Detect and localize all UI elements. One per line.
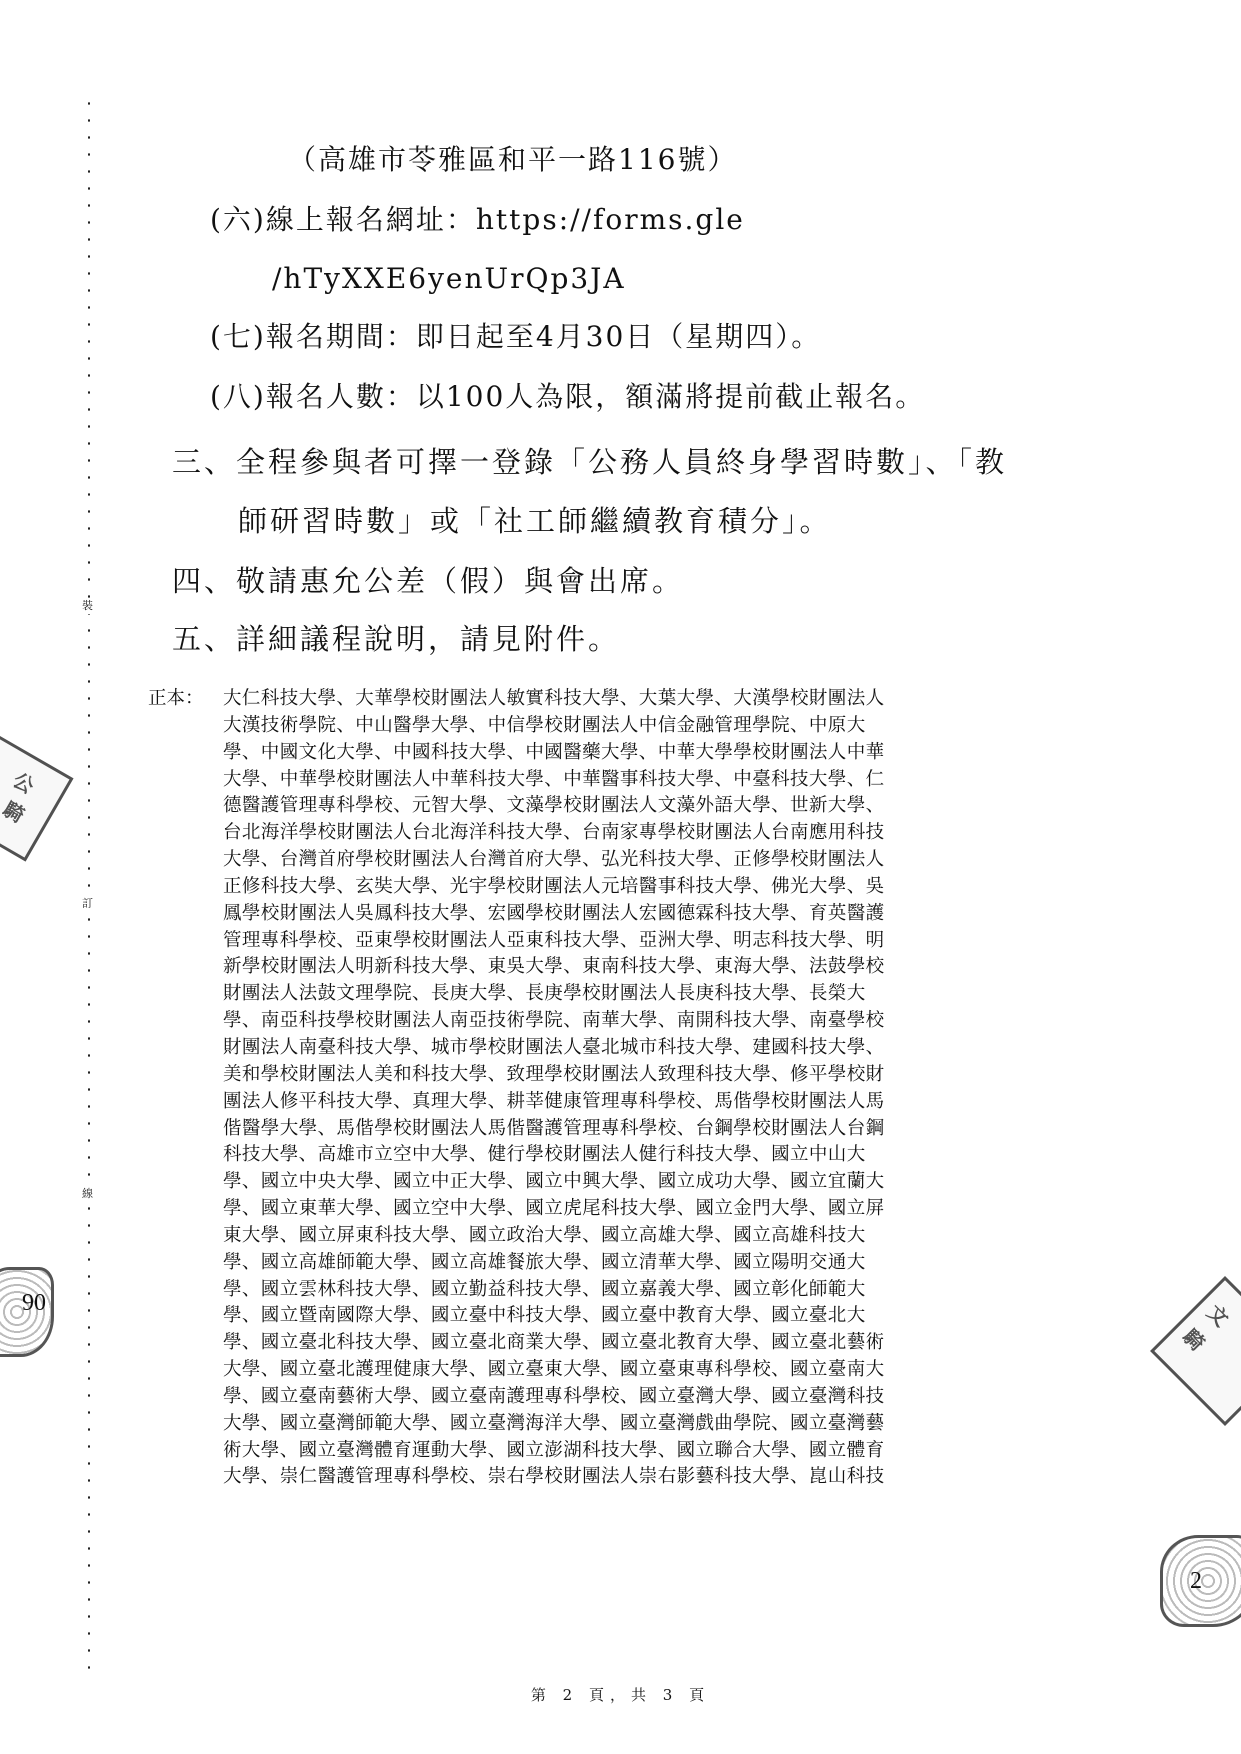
recipient-line: 學、南亞科技學校財團法人南亞技術學院、南華大學、南開科技大學、南臺學校 [223, 1008, 1103, 1035]
binding-mark-xian: 線 [82, 1186, 93, 1202]
recipient-line: 大學、國立臺北護理健康大學、國立臺東大學、國立臺東專科學校、國立臺南大 [223, 1357, 1103, 1384]
recipient-line: 東大學、國立屏東科技大學、國立政治大學、國立高雄大學、國立高雄科技大 [223, 1223, 1103, 1250]
item-6-label: (六) [210, 203, 266, 236]
item-7-registration-period: (七)報名期間：即日起至4月30日（星期四）。 [210, 320, 821, 354]
section-4-attendance: 四、敬請惠允公差（假）與會出席。 [172, 564, 684, 598]
seal-text: 文 [1202, 1297, 1237, 1332]
binding-dotted-line [88, 95, 90, 1675]
recipient-line: 財團法人法鼓文理學院、長庚大學、長庚學校財團法人長庚科技大學、長榮大 [223, 981, 1103, 1008]
seal-text: 騎 [1178, 1321, 1213, 1356]
recipient-line: 大漢技術學院、中山醫學大學、中信學校財團法人中信金融管理學院、中原大 [223, 713, 1103, 740]
document-page: 裝 訂 線 公 騎 90 文 騎 2 （高雄市苓雅區和平一路116號） (六)線… [0, 0, 1241, 1754]
recipient-line: 學、國立東華大學、國立空中大學、國立虎尾科技大學、國立金門大學、國立屏 [223, 1196, 1103, 1223]
seal-page-number-right: 2 [1190, 1568, 1202, 1595]
recipient-line: 偕醫學大學、馬偕學校財團法人馬偕醫護管理專科學校、台鋼學校財團法人台鋼 [223, 1116, 1103, 1143]
binding-mark-ding: 訂 [82, 896, 93, 912]
recipient-line: 學、中國文化大學、中國科技大學、中國醫藥大學、中華大學學校財團法人中華 [223, 740, 1103, 767]
recipient-line: 大學、中華學校財團法人中華科技大學、中華醫事科技大學、中臺科技大學、仁 [223, 767, 1103, 794]
recipient-line: 學、國立暨南國際大學、國立臺中科技大學、國立臺中教育大學、國立臺北大 [223, 1303, 1103, 1330]
recipient-line: 團法人修平科技大學、真理大學、耕莘健康管理專科學校、馬偕學校財團法人馬 [223, 1089, 1103, 1116]
recipient-line: 財團法人南臺科技大學、城市學校財團法人臺北城市科技大學、建國科技大學、 [223, 1035, 1103, 1062]
section-3-credits-cont: 師研習時數」或「社工師繼續教育積分」。 [238, 504, 832, 538]
section-5-agenda: 五、詳細議程說明，請見附件。 [172, 622, 620, 656]
recipient-line: 大學、台灣首府學校財團法人台灣首府大學、弘光科技大學、正修學校財團法人 [223, 847, 1103, 874]
section-3-credits: 三、全程參與者可擇一登錄「公務人員終身學習時數」、「教 [172, 445, 1007, 479]
recipients-list: 大仁科技大學、大華學校財團法人敏實科技大學、大葉大學、大漢學校財團法人 大漢技術… [223, 686, 1103, 1491]
seal-page-number-left: 90 [22, 1290, 46, 1317]
recipient-line: 管理專科學校、亞東學校財團法人亞東科技大學、亞洲大學、明志科技大學、明 [223, 928, 1103, 955]
seam-seal-stamp-right: 文 騎 [1150, 1276, 1241, 1426]
recipient-line: 術大學、國立臺灣體育運動大學、國立澎湖科技大學、國立聯合大學、國立體育 [223, 1438, 1103, 1465]
recipient-line: 學、國立臺南藝術大學、國立臺南護理專科學校、國立臺灣大學、國立臺灣科技 [223, 1384, 1103, 1411]
recipient-line: 科技大學、高雄市立空中大學、健行學校財團法人健行科技大學、國立中山大 [223, 1142, 1103, 1169]
recipient-line: 鳳學校財團法人吳鳳科技大學、宏國學校財團法人宏國德霖科技大學、育英醫護 [223, 901, 1103, 928]
recipient-line: 大仁科技大學、大華學校財團法人敏實科技大學、大葉大學、大漢學校財團法人 [223, 686, 1103, 713]
recipients-label: 正本： [148, 686, 204, 712]
recipient-line: 美和學校財團法人美和科技大學、致理學校財團法人致理科技大學、修平學校財 [223, 1062, 1103, 1089]
recipient-line: 德醫護管理專科學校、元智大學、文藻學校財團法人文藻外語大學、世新大學、 [223, 793, 1103, 820]
recipient-line: 新學校財團法人明新科技大學、東吳大學、東南科技大學、東海大學、法鼓學校 [223, 954, 1103, 981]
recipient-line: 大學、崇仁醫護管理專科學校、崇右學校財團法人崇右影藝科技大學、崑山科技 [223, 1464, 1103, 1491]
page-number-footer: 第 2 頁，共 3 頁 [0, 1684, 1241, 1705]
recipient-line: 學、國立中央大學、國立中正大學、國立中興大學、國立成功大學、國立宜蘭大 [223, 1169, 1103, 1196]
recipient-line: 大學、國立臺灣師範大學、國立臺灣海洋大學、國立臺灣戲曲學院、國立臺灣藝 [223, 1411, 1103, 1438]
recipient-line: 學、國立高雄師範大學、國立高雄餐旅大學、國立清華大學、國立陽明交通大 [223, 1250, 1103, 1277]
recipient-line: 正修科技大學、玄奘大學、光宇學校財團法人元培醫事科技大學、佛光大學、吳 [223, 874, 1103, 901]
item-8-registration-limit: (八)報名人數：以100人為限，額滿將提前截止報名。 [210, 380, 925, 414]
recipient-line: 學、國立臺北科技大學、國立臺北商業大學、國立臺北教育大學、國立臺北藝術 [223, 1330, 1103, 1357]
binding-mark-zhuang: 裝 [82, 598, 93, 614]
venue-address: （高雄市苓雅區和平一路116號） [288, 143, 737, 177]
item-6-registration-url: (六)線上報名網址：https://forms.gle [210, 203, 745, 237]
item-6-url-continued[interactable]: /hTyXXE6yenUrQp3JA [272, 262, 626, 296]
seam-seal-stamp-left: 公 騎 [0, 730, 74, 861]
recipient-line: 台北海洋學校財團法人台北海洋科技大學、台南家專學校財團法人台南應用科技 [223, 820, 1103, 847]
item-6-text[interactable]: 線上報名網址：https://forms.gle [266, 203, 745, 236]
recipient-line: 學、國立雲林科技大學、國立勤益科技大學、國立嘉義大學、國立彰化師範大 [223, 1277, 1103, 1304]
